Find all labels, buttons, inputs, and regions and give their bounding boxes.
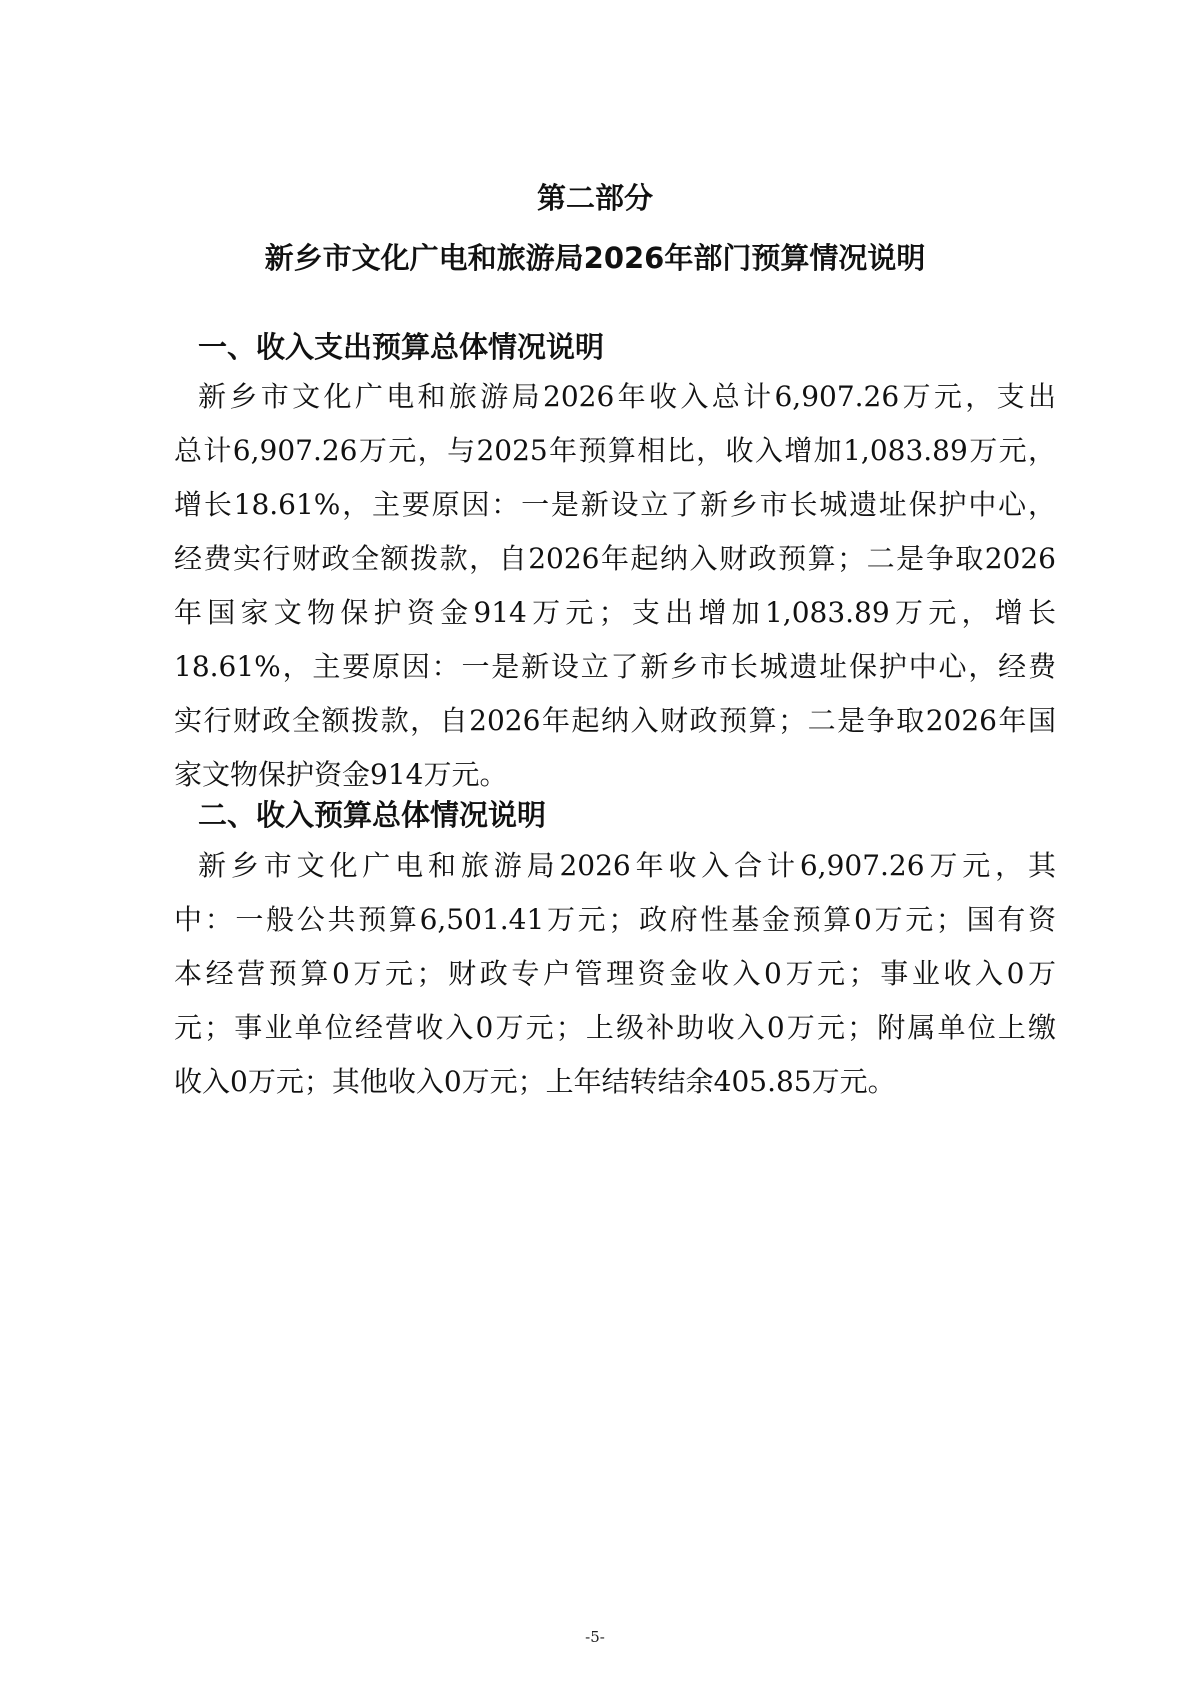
paragraph-text: 本经营预算0万元；财政专户管理资金收入0万元；事业收入0万: [174, 954, 1056, 994]
paragraph-text: 增长18.61%，主要原因：一是新设立了新乡市长城遗址保护中心，: [174, 485, 1056, 525]
paragraph-text: 收入0万元；其他收入0万元；上年结转结余405.85万元。: [174, 1062, 1056, 1102]
part-label: 第二部分: [0, 178, 1190, 218]
document-page: 第二部分 新乡市文化广电和旅游局2026年部门预算情况说明 一、收入支出预算总体…: [0, 0, 1190, 1684]
paragraph-text: 新乡市文化广电和旅游局2026年收入总计6,907.26万元，支出: [198, 377, 1056, 417]
paragraph-text: 18.61%，主要原因：一是新设立了新乡市长城遗址保护中心，经费: [174, 647, 1056, 687]
paragraph-text: 元；事业单位经营收入0万元；上级补助收入0万元；附属单位上缴: [174, 1008, 1056, 1048]
paragraph-text: 中：一般公共预算6,501.41万元；政府性基金预算0万元；国有资: [174, 900, 1056, 940]
paragraph-text: 总计6,907.26万元，与2025年预算相比，收入增加1,083.89万元，: [174, 431, 1056, 471]
document-title: 新乡市文化广电和旅游局2026年部门预算情况说明: [0, 238, 1190, 278]
paragraph-text: 年国家文物保护资金914万元；支出增加1,083.89万元，增长: [174, 593, 1056, 633]
paragraph-text: 经费实行财政全额拨款，自2026年起纳入财政预算；二是争取2026: [174, 539, 1056, 579]
paragraph-text: 新乡市文化广电和旅游局2026年收入合计6,907.26万元，其: [198, 846, 1056, 886]
paragraph-text: 实行财政全额拨款，自2026年起纳入财政预算；二是争取2026年国: [174, 701, 1056, 741]
section-heading-1: 一、收入支出预算总体情况说明: [198, 327, 604, 367]
page-number: -5-: [0, 1628, 1190, 1646]
paragraph-text: 家文物保护资金914万元。: [174, 755, 1056, 795]
section-heading-2: 二、收入预算总体情况说明: [198, 795, 546, 835]
